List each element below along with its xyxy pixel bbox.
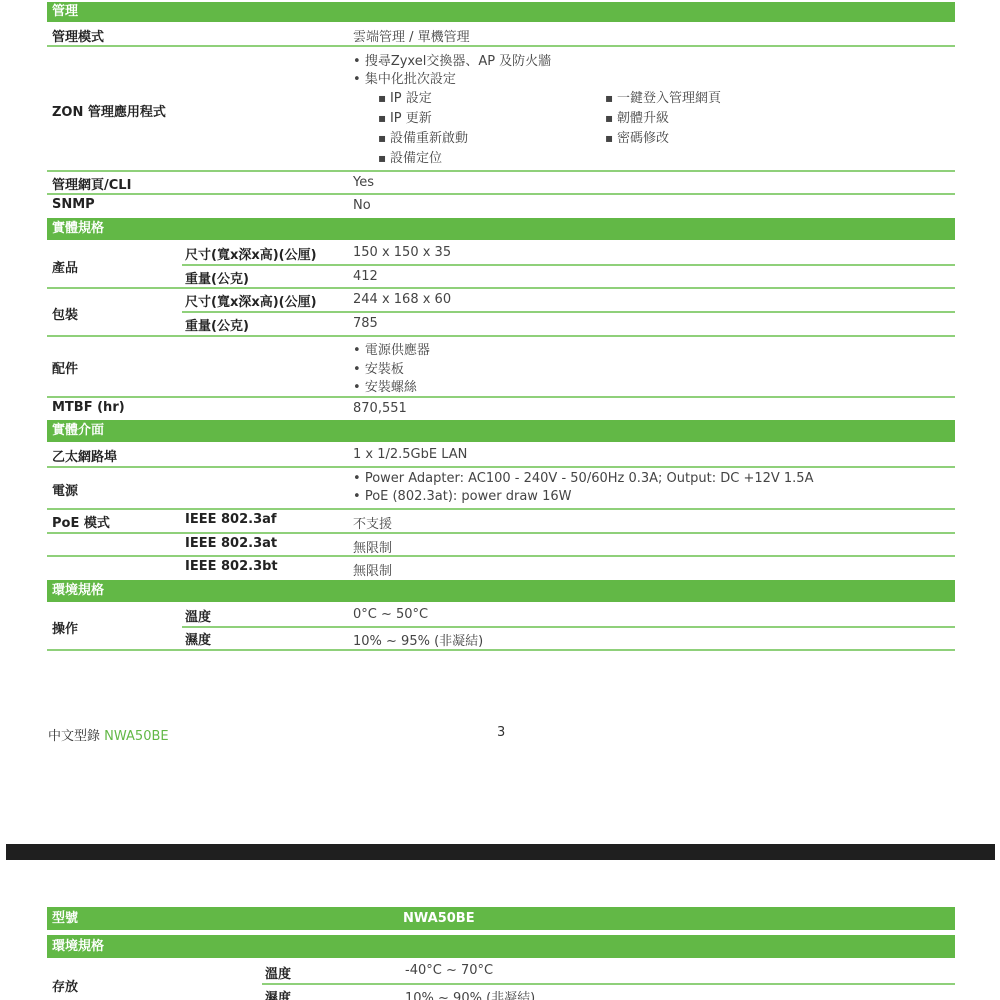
poe-label: PoE 模式 [52, 512, 110, 531]
power-label: 電源 [52, 480, 78, 499]
power-value: Power Adapter: AC100 - 240V - 50/60Hz 0.… [353, 471, 813, 486]
page-footer: 中文型錄 NWA50BE [48, 725, 169, 744]
product-label: 產品 [52, 257, 78, 276]
storage-label: 存放 [52, 976, 78, 995]
footer-model: NWA50BE [104, 729, 168, 744]
divider [47, 532, 955, 534]
divider [47, 170, 955, 172]
humidity-value: 10% ~ 95% (非凝結) [353, 630, 483, 649]
poe-value: 無限制 [353, 560, 392, 579]
snmp-value: No [353, 198, 371, 213]
package-dim-value: 244 x 168 x 60 [353, 292, 451, 307]
mtbf-label: MTBF (hr) [52, 400, 125, 415]
accessory-item: 電源供應器 [353, 339, 430, 358]
zon-bullet: 搜尋Zyxel交換器、AP 及防火牆 [353, 50, 551, 69]
accessory-item: 安裝螺絲 [353, 376, 417, 395]
model-header: 型號 NWA50BE [47, 907, 955, 930]
product-weight-value: 412 [353, 269, 378, 284]
divider [47, 335, 955, 337]
poe-value: 不支援 [353, 513, 392, 532]
mode-value: 雲端管理 / 單機管理 [353, 26, 470, 45]
storage-humidity-value: 10% ~ 90% (非凝結) [405, 987, 535, 1000]
web-cli-value: Yes [353, 175, 374, 190]
divider [262, 983, 955, 985]
package-label: 包裝 [52, 304, 78, 323]
divider [182, 311, 955, 313]
package-weight-value: 785 [353, 316, 378, 331]
poe-std: IEEE 802.3at [185, 536, 277, 551]
humidity-label: 濕度 [185, 629, 211, 648]
section-environment-header-2: 環境規格 [47, 935, 955, 958]
zon-subitem: 韌體升級 [605, 107, 669, 126]
divider [47, 396, 955, 398]
section-environment-header: 環境規格 [47, 580, 955, 602]
divider [47, 555, 955, 557]
product-dim-value: 150 x 150 x 35 [353, 245, 451, 260]
zon-label: ZON 管理應用程式 [52, 101, 166, 120]
ethernet-value: 1 x 1/2.5GbE LAN [353, 447, 467, 462]
poe-std: IEEE 802.3bt [185, 559, 278, 574]
operation-label: 操作 [52, 618, 78, 637]
package-dim-label: 尺寸(寬x深x高)(公厘) [185, 291, 317, 310]
divider [47, 466, 955, 468]
storage-humidity-label: 濕度 [265, 987, 291, 1000]
divider [47, 649, 955, 651]
snmp-label: SNMP [52, 197, 95, 212]
product-weight-label: 重量(公克) [185, 268, 249, 287]
section-physical-header: 實體規格 [47, 218, 955, 240]
zon-subitem: 一鍵登入管理網頁 [605, 87, 721, 106]
temp-label: 溫度 [185, 606, 211, 625]
accessories-label: 配件 [52, 358, 78, 377]
power-value: PoE (802.3at): power draw 16W [353, 489, 571, 504]
divider [182, 264, 955, 266]
zon-subitem: IP 設定 [378, 87, 432, 106]
zon-subitem: 設備重新啟動 [378, 127, 468, 146]
poe-std: IEEE 802.3af [185, 512, 277, 527]
storage-temp-label: 溫度 [265, 963, 291, 982]
divider [182, 626, 955, 628]
ethernet-label: 乙太網路埠 [52, 446, 117, 465]
divider [47, 45, 955, 47]
catalog-label: 中文型錄 [48, 729, 100, 744]
accessory-item: 安裝板 [353, 358, 404, 377]
storage-temp-value: -40°C ~ 70°C [405, 963, 493, 978]
divider [47, 508, 955, 510]
page-separator [6, 844, 995, 860]
web-cli-label: 管理網頁/CLI [52, 174, 131, 193]
section-interface-header: 實體介面 [47, 420, 955, 442]
section-management-header: 管理 [47, 2, 955, 22]
model-label: 型號 [52, 911, 78, 926]
zon-subitem: 設備定位 [378, 147, 442, 166]
model-value: NWA50BE [403, 907, 475, 930]
divider [47, 193, 955, 195]
page-number: 3 [497, 725, 505, 740]
divider [47, 287, 955, 289]
zon-subitem: IP 更新 [378, 107, 432, 126]
zon-subitem: 密碼修改 [605, 127, 669, 146]
mode-label: 管理模式 [52, 26, 104, 45]
temp-value: 0°C ~ 50°C [353, 607, 428, 622]
package-weight-label: 重量(公克) [185, 315, 249, 334]
poe-value: 無限制 [353, 537, 392, 556]
zon-bullet: 集中化批次設定 [353, 68, 456, 87]
mtbf-value: 870,551 [353, 401, 407, 416]
product-dim-label: 尺寸(寬x深x高)(公厘) [185, 244, 317, 263]
